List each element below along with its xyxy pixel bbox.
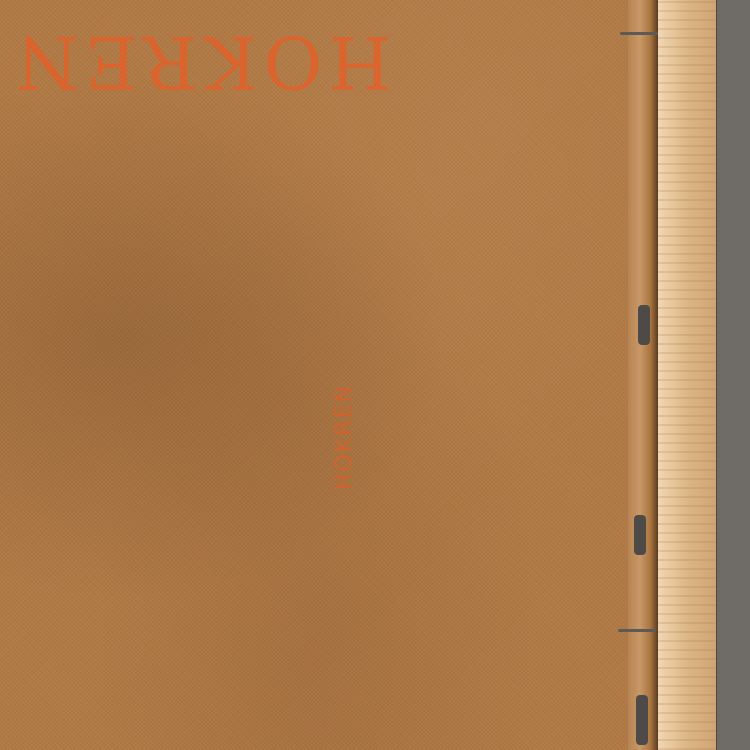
nail bbox=[618, 629, 656, 632]
nail bbox=[620, 32, 658, 35]
metal-clip bbox=[636, 695, 648, 745]
wood-frame bbox=[658, 0, 716, 750]
metal-clip bbox=[638, 305, 650, 345]
metal-clip bbox=[634, 515, 646, 555]
gray-background bbox=[716, 0, 750, 750]
upside-down-inscription: HOKREN bbox=[10, 20, 391, 104]
vertical-inscription: HOKREN bbox=[332, 240, 368, 490]
hardboard-panel: HOKREN HOKREN bbox=[0, 0, 630, 750]
inner-wood-strip bbox=[628, 0, 658, 750]
